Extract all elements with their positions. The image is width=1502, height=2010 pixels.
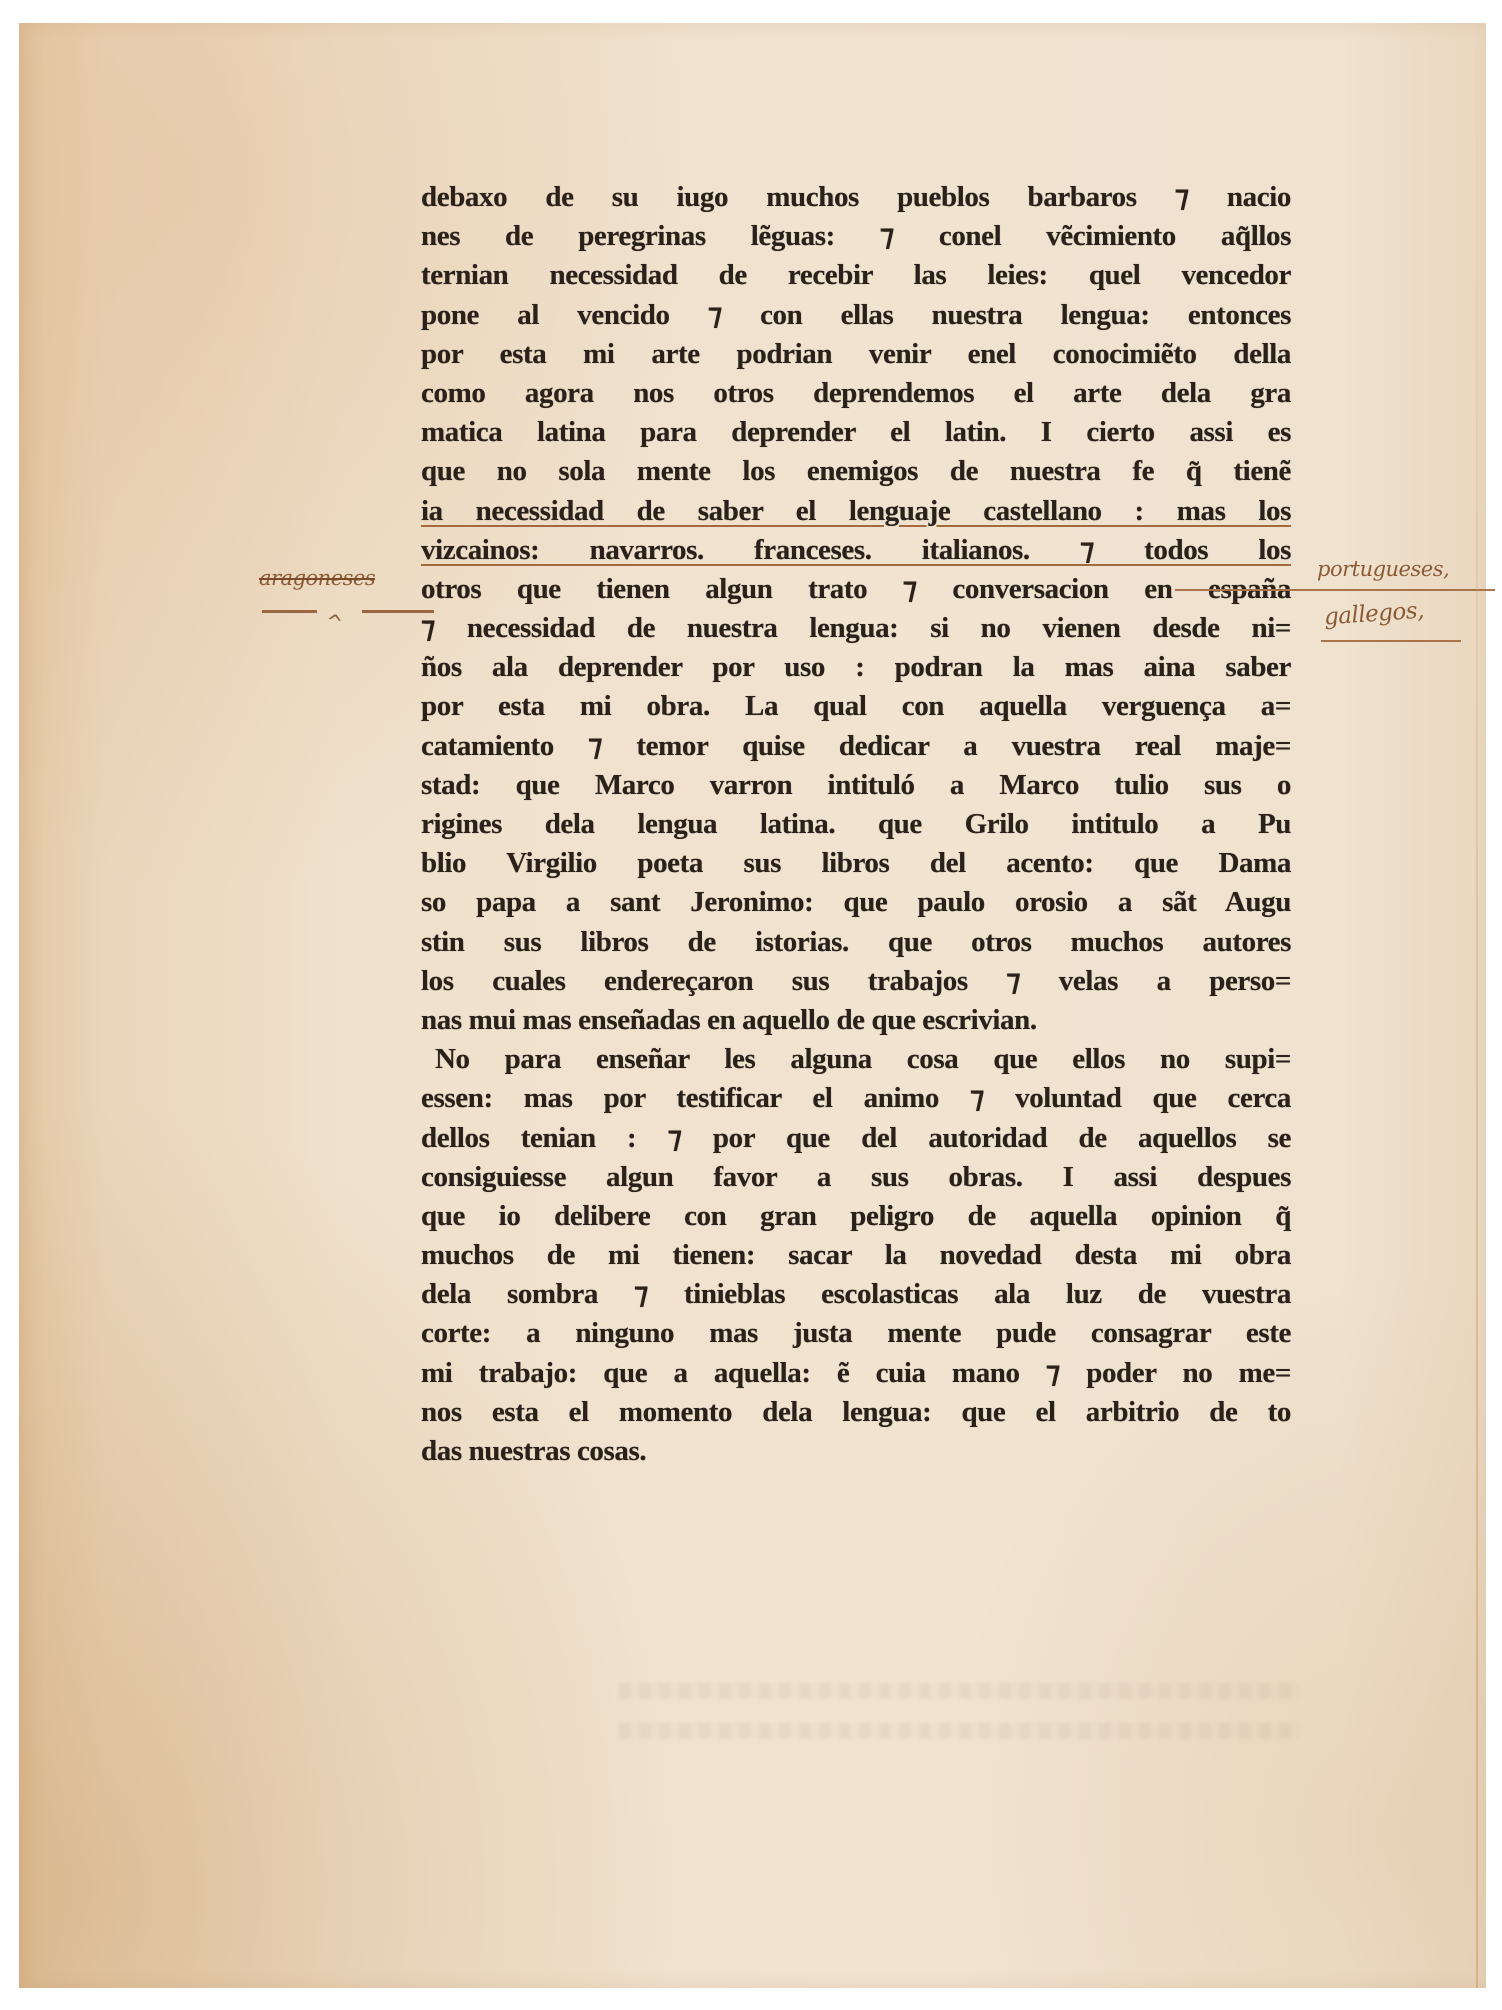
margin-note-right-2: gallegos,: [1323, 598, 1425, 631]
show-through-text: [619, 1683, 1299, 1699]
insertion-caret-icon: ^: [324, 609, 345, 636]
text-line: dela sombra ⁊ tinieblas escolasticas ala…: [421, 1275, 1291, 1314]
text-line: corte: a ninguno mas justa mente pude co…: [421, 1314, 1291, 1353]
text-line: ños ala deprender por uso : podran la ma…: [421, 648, 1291, 687]
struck-through-word: aragoneses: [259, 566, 375, 590]
printed-text-block: debaxo de su iugo muchos pueblos barbaro…: [421, 178, 1291, 1471]
text-line: nos esta el momento dela lengua: que el …: [421, 1393, 1291, 1432]
text-line: pone al vencido ⁊ con ellas nuestra leng…: [421, 296, 1291, 335]
text-line: nas mui mas enseñadas en aquello de que …: [421, 1001, 1291, 1040]
text-line: debaxo de su iugo muchos pueblos barbaro…: [421, 178, 1291, 217]
text-line: stad: que Marco varron intituló a Marco …: [421, 766, 1291, 805]
text-line-underlined-end: ia necessidad de saber el lenguaje caste…: [421, 492, 1291, 531]
paragraph-start-line: No para enseñar les alguna cosa que ello…: [421, 1040, 1291, 1079]
text-line-final: das nuestras cosas.: [421, 1432, 1291, 1471]
margin-underline-right-1: [1175, 589, 1495, 591]
text-line: ⁊ necessidad de nuestra lengua: si no vi…: [421, 609, 1291, 648]
text-line: stin sus libros de istorias. que otros m…: [421, 923, 1291, 962]
margin-note-right-1: portugueses,: [1317, 557, 1449, 581]
text-line: consiguiesse algun favor a sus obras. I …: [421, 1158, 1291, 1197]
underlined-line: ia necessidad de saber el lenguaje caste…: [421, 495, 1291, 527]
text-line: por esta mi obra. La qual con aquella ve…: [421, 687, 1291, 726]
book-page: debaxo de su iugo muchos pueblos barbaro…: [19, 23, 1486, 1988]
text-line: como agora nos otros deprendemos el arte…: [421, 374, 1291, 413]
text-line: otros que tienen algun trato ⁊ conversac…: [421, 570, 1291, 609]
text-line: matica latina para deprender el latin. I…: [421, 413, 1291, 452]
text-line: so papa a sant Jeronimo: que paulo orosi…: [421, 883, 1291, 922]
margin-note-left: aragoneses: [259, 566, 375, 590]
text-line: blio Virgilio poeta sus libros del acent…: [421, 844, 1291, 883]
text-line: muchos de mi tienen: sacar la novedad de…: [421, 1236, 1291, 1275]
text-line: los cuales endereçaron sus trabajos ⁊ ve…: [421, 962, 1291, 1001]
margin-underline-left: [262, 610, 434, 613]
margin-underline-right-2: [1321, 640, 1461, 642]
underlined-line: vizcainos: navarros. franceses. italiano…: [421, 534, 1291, 566]
text-line: que io delibere con gran peligro de aque…: [421, 1197, 1291, 1236]
text-line: catamiento ⁊ temor quise dedicar a vuest…: [421, 727, 1291, 766]
text-line: dellos tenian : ⁊ por que del autoridad …: [421, 1119, 1291, 1158]
text-line: essen: mas por testificar el animo ⁊ vol…: [421, 1079, 1291, 1118]
text-line: que no sola mente los enemigos de nuestr…: [421, 452, 1291, 491]
show-through-text: [619, 1723, 1299, 1739]
text-line: mi trabajo: que a aquella: ẽ cuia mano ⁊…: [421, 1354, 1291, 1393]
text-line: nes de peregrinas lẽguas: ⁊ conel vẽcimi…: [421, 217, 1291, 256]
text-line: rigines dela lengua latina. que Grilo in…: [421, 805, 1291, 844]
text-line: por esta mi arte podrian venir enel cono…: [421, 335, 1291, 374]
text-line: ternian necessidad de recebir las leies:…: [421, 256, 1291, 295]
text-line-underlined: vizcainos: navarros. franceses. italiano…: [421, 531, 1291, 570]
